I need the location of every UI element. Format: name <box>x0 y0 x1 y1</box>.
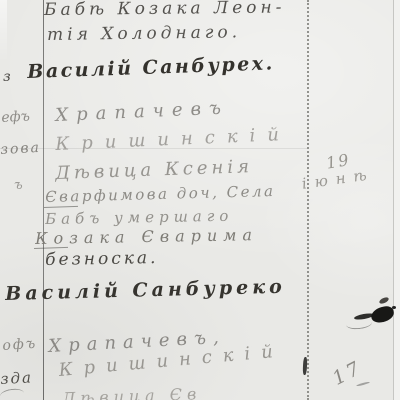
entry2-name: Василій Санбуреко <box>5 278 286 304</box>
entry1-name: Василій Санбурех. <box>27 54 275 82</box>
entry2-body-line-3-cut: Дѣвица Єв <box>62 386 202 400</box>
header-line-2: тія Холоднаго. <box>47 24 241 44</box>
column-rule-dotted <box>307 0 309 400</box>
entry1-margin-mark: з <box>3 70 11 84</box>
entry1-body-line-4: Єварфимова доч, Села <box>45 184 276 205</box>
entry1-body-line-6: Козака Єварима <box>35 227 258 247</box>
underline-stroke <box>34 247 68 249</box>
page-edge-strip <box>394 0 400 400</box>
entry1-body-line-5: Бабъ умершаго <box>45 209 234 227</box>
paper-edge-highlight <box>0 0 7 62</box>
page-edge-line <box>393 0 394 400</box>
margin-fragment: офъ <box>2 337 38 353</box>
underline-stroke <box>44 206 78 208</box>
entry1-date-month: іюнѣ <box>301 167 376 192</box>
ink-blot-speck <box>378 296 389 305</box>
entry1-body-line-1: Храпачевъ <box>55 99 229 125</box>
margin-fragment: зова <box>0 141 41 157</box>
margin-fragment: ъ <box>14 179 23 192</box>
entry1-body-line-2: Кришинскій <box>55 126 291 154</box>
pencil-dash <box>356 381 370 387</box>
entry1-body-line-3: Дѣвица Ксенія <box>55 158 253 183</box>
ink-blot-speck <box>392 306 396 309</box>
stroke-fragment <box>0 387 25 400</box>
entry1-body-line-7: безноска. <box>45 250 159 269</box>
margin-fragment: ефъ <box>1 110 30 125</box>
margin-fragment: зда <box>0 370 33 387</box>
header-line-1: Бабѣ Козака Леон- <box>44 0 285 19</box>
register-page-scan: Бабѣ Козака Леон- тія Холоднаго. з Васил… <box>0 0 400 400</box>
